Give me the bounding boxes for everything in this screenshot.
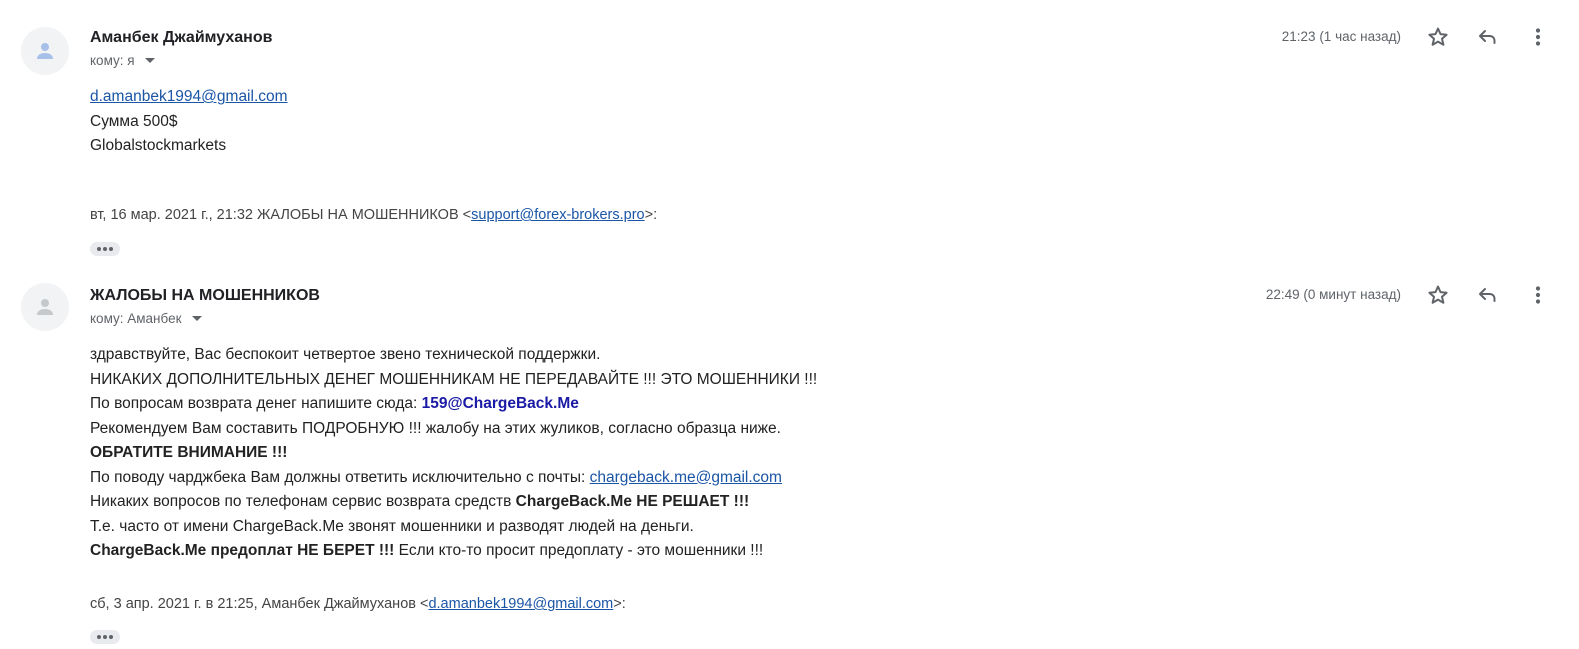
quote-prefix: вт, 16 мар. 2021 г., 21:32 ЖАЛОБЫ НА МОШ…	[90, 207, 471, 223]
recipients-dropdown[interactable]: кому: я	[90, 53, 155, 68]
more-vert-icon	[1526, 25, 1550, 49]
body-line: Сумма 500$	[90, 110, 288, 135]
dot-icon	[97, 635, 101, 639]
show-trimmed-content-button[interactable]	[90, 242, 120, 256]
star-button[interactable]	[1426, 283, 1450, 307]
person-icon	[33, 39, 57, 63]
body-text-span: Никаких вопросов по телефонам сервис воз…	[90, 493, 516, 510]
quoted-header: сб, 3 апр. 2021 г. в 21:25, Аманбек Джай…	[90, 596, 626, 612]
more-options-button[interactable]	[1526, 25, 1550, 49]
quote-prefix: сб, 3 апр. 2021 г. в 21:25, Аманбек Джай…	[90, 596, 428, 612]
sender-name: Аманбек Джаймуханов	[90, 29, 272, 47]
body-line: По поводу чарджбека Вам должны ответить …	[90, 466, 817, 491]
more-vert-icon	[1526, 283, 1550, 307]
quoted-header: вт, 16 мар. 2021 г., 21:32 ЖАЛОБЫ НА МОШ…	[90, 207, 657, 223]
body-text-span: По поводу чарджбека Вам должны ответить …	[90, 469, 590, 486]
body-bold-span: ChargeBack.Me предоплат НЕ БЕРЕТ !!!	[90, 542, 394, 559]
body-line: Т.е. часто от имени ChargeBack.Me звонят…	[90, 515, 817, 540]
body-line: Globalstockmarkets	[90, 134, 288, 159]
quote-suffix: >:	[645, 207, 658, 223]
quote-suffix: >:	[613, 596, 626, 612]
more-options-button[interactable]	[1526, 283, 1550, 307]
dot-icon	[97, 247, 101, 251]
body-line: Никаких вопросов по телефонам сервис воз…	[90, 490, 817, 515]
message-body: здравствуйте, Вас беспокоит четвертое зв…	[90, 343, 817, 564]
recipients-label: кому: Аманбек	[90, 311, 182, 326]
message-time: 22:49 (0 минут назад)	[1266, 287, 1401, 302]
body-line: Рекомендуем Вам составить ПОДРОБНУЮ !!! …	[90, 417, 817, 442]
chargeback-gmail-link[interactable]: chargeback.me@gmail.com	[590, 469, 782, 486]
body-line: По вопросам возврата денег напишите сюда…	[90, 392, 817, 417]
star-icon	[1426, 283, 1450, 307]
body-line: НИКАКИХ ДОПОЛНИТЕЛЬНЫХ ДЕНЕГ МОШЕННИКАМ …	[90, 368, 817, 393]
sender-avatar[interactable]	[21, 27, 69, 75]
body-bold-span: ChargeBack.Me НЕ РЕШАЕТ !!!	[516, 493, 749, 510]
show-trimmed-content-button[interactable]	[90, 630, 120, 644]
body-line-attention: ОБРАТИТЕ ВНИМАНИЕ !!!	[90, 441, 817, 466]
dot-icon	[109, 635, 113, 639]
person-icon	[33, 295, 57, 319]
reply-icon	[1476, 25, 1500, 49]
email-link[interactable]: d.amanbek1994@gmail.com	[90, 88, 288, 105]
body-line: здравствуйте, Вас беспокоит четвертое зв…	[90, 343, 817, 368]
star-button[interactable]	[1426, 25, 1450, 49]
message-body: d.amanbek1994@gmail.com Сумма 500$ Globa…	[90, 85, 288, 159]
body-text-span: Если кто-то просит предоплату - это моше…	[394, 542, 763, 559]
recipients-dropdown[interactable]: кому: Аманбек	[90, 311, 202, 326]
chevron-down-icon	[192, 316, 202, 321]
quote-email-link[interactable]: support@forex-brokers.pro	[471, 207, 644, 223]
sender-name: ЖАЛОБЫ НА МОШЕННИКОВ	[90, 287, 320, 305]
reply-button[interactable]	[1476, 25, 1500, 49]
dot-icon	[109, 247, 113, 251]
star-icon	[1426, 25, 1450, 49]
body-text-span: По вопросам возврата денег напишите сюда…	[90, 395, 422, 412]
chevron-down-icon	[145, 58, 155, 63]
recipients-label: кому: я	[90, 53, 135, 68]
dot-icon	[103, 247, 107, 251]
body-line: ChargeBack.Me предоплат НЕ БЕРЕТ !!! Есл…	[90, 539, 817, 564]
dot-icon	[103, 635, 107, 639]
sender-avatar[interactable]	[21, 283, 69, 331]
reply-button[interactable]	[1476, 283, 1500, 307]
reply-icon	[1476, 283, 1500, 307]
chargeback-email: 159@ChargeBack.Me	[422, 395, 579, 412]
quote-email-link[interactable]: d.amanbek1994@gmail.com	[428, 596, 613, 612]
message-time: 21:23 (1 час назад)	[1282, 29, 1401, 44]
